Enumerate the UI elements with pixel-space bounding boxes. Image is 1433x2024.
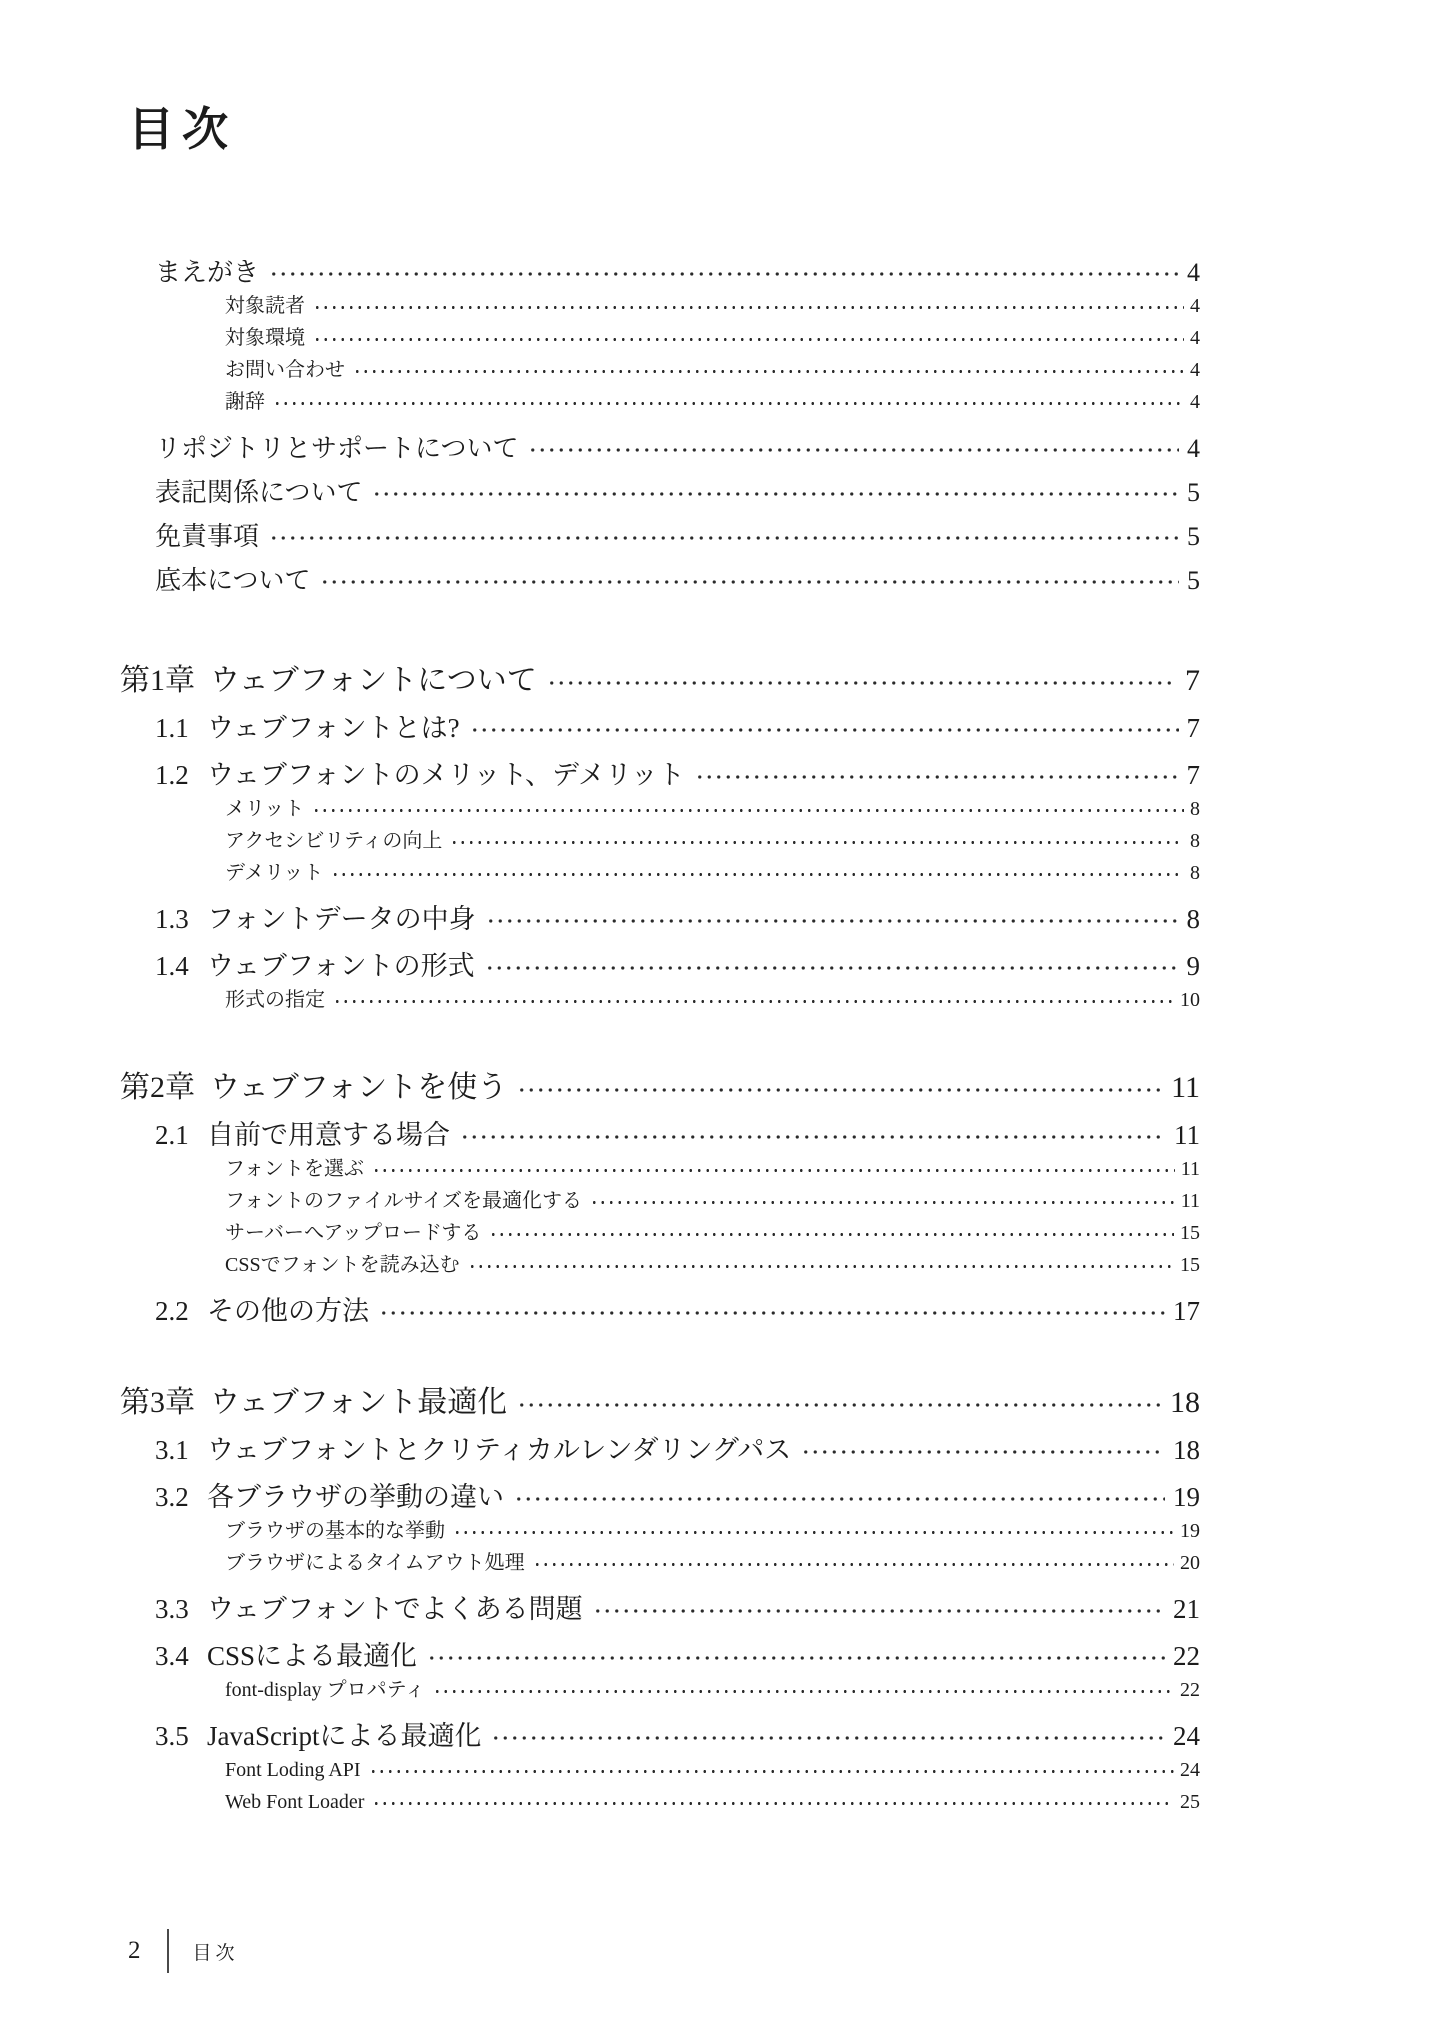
toc-entry-page: 22 xyxy=(1180,1675,1200,1705)
toc-entry-page: 20 xyxy=(1180,1548,1200,1578)
toc-entry-label: フォントのファイルサイズを最適化する xyxy=(225,1186,582,1216)
dot-leader xyxy=(453,1516,1174,1546)
toc-entry-label: 自前で用意する場合 xyxy=(207,1118,450,1152)
toc-entry-label: CSSによる最適化 xyxy=(207,1639,417,1673)
dot-leader xyxy=(489,1218,1174,1248)
toc-entry: リポジトリとサポートについて4 xyxy=(120,432,1200,465)
dot-leader xyxy=(372,1787,1174,1817)
dot-leader xyxy=(313,323,1184,353)
toc-entry: 謝辞4 xyxy=(120,387,1200,417)
toc-entry-label: ウェブフォントとは? xyxy=(207,711,460,745)
toc-entry: 形式の指定10 xyxy=(120,985,1200,1015)
toc-entry-number: 3.3 xyxy=(155,1592,207,1626)
toc-entry-page: 18 xyxy=(1170,1383,1200,1423)
dot-leader xyxy=(517,1068,1163,1108)
toc-entry-label: 免責事項 xyxy=(155,520,259,553)
toc-entry-page: 19 xyxy=(1173,1480,1200,1514)
dot-leader xyxy=(313,291,1184,321)
toc-entry-label: アクセシビリティの向上 xyxy=(225,826,442,856)
toc-entry-label: Font Loding API xyxy=(225,1755,361,1785)
toc-entry-label: 底本について xyxy=(155,564,310,597)
toc-entry-label: ブラウザによるタイムアウト処理 xyxy=(225,1548,525,1578)
toc-entry-page: 11 xyxy=(1181,1154,1200,1184)
toc-entry-label: Web Font Loader xyxy=(225,1787,364,1817)
toc-entry: サーバーへアップロードする15 xyxy=(120,1218,1200,1248)
toc-entry-number: 2.2 xyxy=(155,1294,207,1328)
toc-entry-page: 7 xyxy=(1187,758,1201,792)
toc-entry-page: 15 xyxy=(1180,1250,1200,1280)
toc-entry: 対象読者4 xyxy=(120,291,1200,321)
toc-entry-page: 4 xyxy=(1190,291,1200,321)
toc-entry-page: 4 xyxy=(1190,387,1200,417)
toc-entry-label: その他の方法 xyxy=(207,1294,369,1328)
toc-entry-label: 形式の指定 xyxy=(225,985,325,1015)
toc-entry-label: ウェブフォントについて xyxy=(210,661,537,701)
toc-entry: 第3章ウェブフォント最適化18 xyxy=(120,1383,1200,1423)
toc-entry-number: 第3章 xyxy=(120,1383,210,1423)
toc-entry-label: ウェブフォントでよくある問題 xyxy=(207,1592,583,1626)
toc-entry-page: 8 xyxy=(1187,902,1201,936)
toc-entry-page: 8 xyxy=(1190,826,1200,856)
dot-leader xyxy=(331,858,1184,888)
dot-leader xyxy=(514,1480,1165,1514)
dot-leader xyxy=(460,1118,1166,1152)
toc-entry-page: 9 xyxy=(1187,949,1201,983)
dot-leader xyxy=(468,1250,1174,1280)
toc-entry-page: 7 xyxy=(1187,711,1201,745)
toc-entry: 1.2ウェブフォントのメリット、デメリット7 xyxy=(120,758,1200,792)
toc-entry: 1.3フォントデータの中身8 xyxy=(120,902,1200,936)
dot-leader xyxy=(433,1675,1174,1705)
toc-entry-number: 1.1 xyxy=(155,711,207,745)
toc-content: 目次 まえがき4対象読者4対象環境4お問い合わせ4謝辞4リポジトリとサポートにつ… xyxy=(120,0,1200,1817)
toc-entry-page: 11 xyxy=(1174,1118,1200,1152)
dot-leader xyxy=(533,1548,1174,1578)
dot-leader xyxy=(486,902,1179,936)
dot-leader xyxy=(269,256,1179,289)
toc-entry-page: 10 xyxy=(1180,985,1200,1015)
dot-leader xyxy=(379,1294,1165,1328)
dot-leader xyxy=(801,1433,1165,1467)
toc-entry-page: 5 xyxy=(1187,564,1200,597)
toc-entry-number: 第1章 xyxy=(120,661,210,701)
dot-leader xyxy=(517,1383,1162,1423)
toc-entry-number: 2.1 xyxy=(155,1118,207,1152)
footer-divider xyxy=(167,1929,169,1973)
toc-entry: 底本について5 xyxy=(120,564,1200,597)
toc-entry: 1.4ウェブフォントの形式9 xyxy=(120,949,1200,983)
toc-entry: font-display プロパティ22 xyxy=(120,1675,1200,1705)
dot-leader xyxy=(590,1186,1175,1216)
toc-entry-label: 表記関係について xyxy=(155,476,362,509)
dot-leader xyxy=(353,355,1184,385)
footer-page-number: 2 xyxy=(128,1937,141,1965)
toc-entry: 3.2各ブラウザの挙動の違い19 xyxy=(120,1480,1200,1514)
toc-list: まえがき4対象読者4対象環境4お問い合わせ4謝辞4リポジトリとサポートについて4… xyxy=(120,256,1200,1817)
toc-entry: デメリット8 xyxy=(120,858,1200,888)
toc-entry-number: 3.1 xyxy=(155,1433,207,1467)
toc-entry-number: 3.4 xyxy=(155,1639,207,1673)
toc-entry-label: JavaScriptによる最適化 xyxy=(207,1719,481,1753)
dot-leader xyxy=(695,758,1179,792)
dot-leader xyxy=(333,985,1174,1015)
toc-entry-page: 4 xyxy=(1190,355,1200,385)
toc-entry-label: お問い合わせ xyxy=(225,355,345,385)
toc-entry: 3.3ウェブフォントでよくある問題21 xyxy=(120,1592,1200,1626)
toc-entry-label: CSSでフォントを読み込む xyxy=(225,1250,460,1280)
toc-entry: 1.1ウェブフォントとは?7 xyxy=(120,711,1200,745)
dot-leader xyxy=(320,564,1179,597)
toc-entry-label: 謝辞 xyxy=(225,387,265,417)
toc-entry-page: 7 xyxy=(1185,661,1200,701)
toc-entry-number: 第2章 xyxy=(120,1068,210,1108)
toc-entry: お問い合わせ4 xyxy=(120,355,1200,385)
dot-leader xyxy=(273,387,1184,417)
toc-page: 目次 まえがき4対象読者4対象環境4お問い合わせ4謝辞4リポジトリとサポートにつ… xyxy=(0,0,1433,2024)
toc-entry-page: 15 xyxy=(1180,1218,1200,1248)
toc-entry: Web Font Loader25 xyxy=(120,1787,1200,1817)
toc-entry-label: ブラウザの基本的な挙動 xyxy=(225,1516,445,1546)
toc-entry: 免責事項5 xyxy=(120,520,1200,553)
toc-entry-number: 1.3 xyxy=(155,902,207,936)
toc-entry-page: 5 xyxy=(1187,476,1200,509)
toc-entry: 2.2その他の方法17 xyxy=(120,1294,1200,1328)
toc-entry-label: ウェブフォントを使う xyxy=(210,1068,507,1108)
dot-leader xyxy=(547,661,1177,701)
toc-entry: アクセシビリティの向上8 xyxy=(120,826,1200,856)
toc-entry: 3.1ウェブフォントとクリティカルレンダリングパス18 xyxy=(120,1433,1200,1467)
toc-entry-page: 25 xyxy=(1180,1787,1200,1817)
dot-leader xyxy=(312,794,1184,824)
toc-entry-number: 1.2 xyxy=(155,758,207,792)
toc-entry: メリット8 xyxy=(120,794,1200,824)
toc-entry-number: 3.5 xyxy=(155,1719,207,1753)
toc-entry-page: 5 xyxy=(1187,520,1200,553)
toc-entry-page: 21 xyxy=(1173,1592,1200,1626)
toc-entry-label: サーバーへアップロードする xyxy=(225,1218,481,1248)
dot-leader xyxy=(372,476,1179,509)
toc-entry-label: font-display プロパティ xyxy=(225,1675,425,1705)
toc-entry-number: 1.4 xyxy=(155,949,207,983)
dot-leader xyxy=(427,1639,1165,1673)
dot-leader xyxy=(269,520,1179,553)
toc-entry-page: 24 xyxy=(1180,1755,1200,1785)
toc-entry-page: 11 xyxy=(1181,1186,1200,1216)
toc-entry-page: 8 xyxy=(1190,858,1200,888)
dot-leader xyxy=(593,1592,1165,1626)
toc-entry: 対象環境4 xyxy=(120,323,1200,353)
dot-leader xyxy=(369,1755,1174,1785)
toc-entry: ブラウザの基本的な挙動19 xyxy=(120,1516,1200,1546)
toc-entry: 3.4CSSによる最適化22 xyxy=(120,1639,1200,1673)
toc-entry-label: 各ブラウザの挙動の違い xyxy=(207,1480,504,1514)
toc-entry-label: ウェブフォントとクリティカルレンダリングパス xyxy=(207,1433,791,1467)
toc-entry-label: メリット xyxy=(225,794,304,824)
toc-entry: 第2章ウェブフォントを使う11 xyxy=(120,1068,1200,1108)
dot-leader xyxy=(485,949,1179,983)
toc-entry: 表記関係について5 xyxy=(120,476,1200,509)
toc-entry: CSSでフォントを読み込む15 xyxy=(120,1250,1200,1280)
toc-entry: 2.1自前で用意する場合11 xyxy=(120,1118,1200,1152)
toc-entry-label: ウェブフォントのメリット、デメリット xyxy=(207,758,685,792)
toc-entry-page: 8 xyxy=(1190,794,1200,824)
toc-entry-label: デメリット xyxy=(225,858,323,888)
dot-leader xyxy=(528,432,1179,465)
page-footer: 2 目次 xyxy=(128,1928,239,1974)
toc-entry-label: ウェブフォント最適化 xyxy=(210,1383,507,1423)
toc-entry: フォントを選ぶ11 xyxy=(120,1154,1200,1184)
toc-entry-label: フォントデータの中身 xyxy=(207,902,476,936)
toc-entry-label: 対象環境 xyxy=(225,323,305,353)
toc-entry: 3.5JavaScriptによる最適化24 xyxy=(120,1719,1200,1753)
dot-leader xyxy=(372,1154,1175,1184)
toc-entry-page: 19 xyxy=(1180,1516,1200,1546)
toc-entry-label: まえがき xyxy=(155,256,259,289)
toc-entry-label: フォントを選ぶ xyxy=(225,1154,364,1184)
toc-entry-label: ウェブフォントの形式 xyxy=(207,949,475,983)
toc-entry: まえがき4 xyxy=(120,256,1200,289)
toc-entry-label: リポジトリとサポートについて xyxy=(155,432,518,465)
toc-entry-number: 3.2 xyxy=(155,1480,207,1514)
dot-leader xyxy=(450,826,1184,856)
page-title: 目次 xyxy=(128,104,1200,156)
toc-entry-page: 24 xyxy=(1173,1719,1200,1753)
toc-entry: 第1章ウェブフォントについて7 xyxy=(120,661,1200,701)
toc-entry-page: 11 xyxy=(1171,1068,1200,1108)
toc-entry: ブラウザによるタイムアウト処理20 xyxy=(120,1548,1200,1578)
footer-section-label: 目次 xyxy=(193,1938,239,1965)
toc-entry: フォントのファイルサイズを最適化する11 xyxy=(120,1186,1200,1216)
toc-entry-page: 22 xyxy=(1173,1639,1200,1673)
toc-entry-label: 対象読者 xyxy=(225,291,305,321)
toc-entry: Font Loding API24 xyxy=(120,1755,1200,1785)
toc-entry-page: 4 xyxy=(1187,432,1200,465)
toc-entry-page: 18 xyxy=(1173,1433,1200,1467)
toc-entry-page: 17 xyxy=(1173,1294,1200,1328)
dot-leader xyxy=(470,711,1179,745)
toc-entry-page: 4 xyxy=(1187,256,1200,289)
toc-entry-page: 4 xyxy=(1190,323,1200,353)
dot-leader xyxy=(491,1719,1165,1753)
